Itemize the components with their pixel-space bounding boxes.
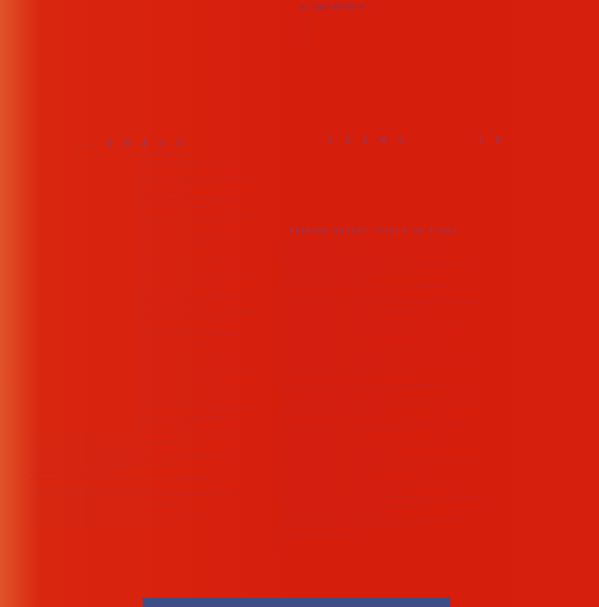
left-heading: ... G R A C E bbox=[72, 139, 187, 148]
bottom-strip bbox=[143, 598, 450, 607]
right-song-title: BURNING BRIGHT (FIELD ON FIRE) bbox=[290, 228, 458, 235]
center-heading: S E E M S bbox=[328, 136, 407, 145]
left-lower-lyrics: ········································… bbox=[30, 432, 270, 530]
left-lyrics: ········································… bbox=[138, 152, 278, 437]
credits-block: ALL SONGS WRITTEN BY ... ... ... ... ...… bbox=[300, 5, 379, 50]
right-lyrics: ········································… bbox=[278, 240, 508, 540]
right-heading: T O bbox=[478, 136, 504, 145]
footer-text: ... ... bbox=[278, 540, 288, 555]
